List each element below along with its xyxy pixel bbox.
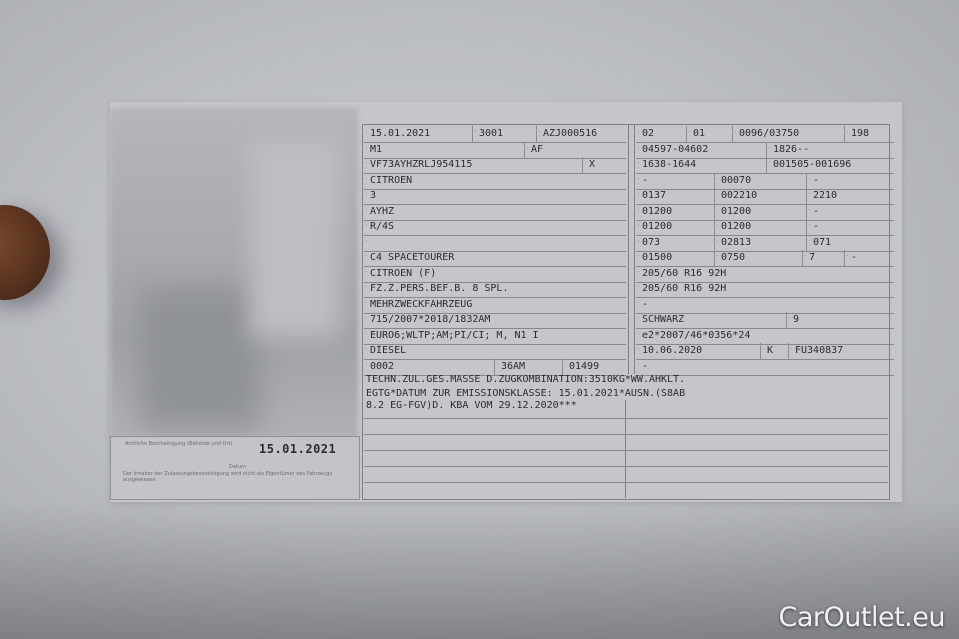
field-value: .AYHZ bbox=[364, 204, 626, 220]
field-value: .10.06.2020 bbox=[636, 343, 760, 359]
field-code: . bbox=[790, 340, 793, 356]
field-code: . bbox=[768, 139, 771, 155]
field-value: .205/60 R16 92H bbox=[636, 266, 894, 282]
field-value: .FU340837 bbox=[788, 343, 894, 359]
table-row: .205/60 R16 92H bbox=[636, 266, 894, 283]
table-row: .1638-1644.001505-001696 bbox=[636, 157, 894, 174]
table-row: .C4 SPACETOURER bbox=[364, 250, 626, 267]
field-value: .SCHWARZ bbox=[636, 312, 786, 328]
table-row: .205/60 R16 92H bbox=[636, 281, 894, 298]
field-code: . bbox=[637, 247, 640, 263]
field-value: .- bbox=[636, 173, 714, 189]
field-value: . bbox=[364, 235, 626, 251]
table-row: .715/2007*2018/1832AM bbox=[364, 312, 626, 329]
field-code: . bbox=[637, 123, 640, 139]
field-value: .0002 bbox=[364, 359, 494, 375]
field-value: .01500 bbox=[636, 250, 714, 266]
table-row: .10.06.2020.K.FU340837 bbox=[636, 343, 894, 360]
field-code: . bbox=[788, 309, 791, 325]
field-value: .01200 bbox=[714, 219, 806, 235]
field-code: . bbox=[637, 294, 640, 310]
field-code: . bbox=[365, 309, 368, 325]
ruled-line bbox=[364, 418, 888, 419]
field-value: .M1 bbox=[364, 142, 524, 158]
table-row: .073.02813.071 bbox=[636, 235, 894, 252]
column-divider bbox=[634, 124, 635, 374]
field-code: . bbox=[365, 170, 368, 186]
field-value: .0096/03750 bbox=[732, 126, 844, 142]
blurred-owner-panel bbox=[110, 108, 358, 438]
field-value: .715/2007*2018/1832AM bbox=[364, 312, 626, 328]
field-code: . bbox=[808, 232, 811, 248]
field-code: . bbox=[846, 123, 849, 139]
table-row: .01200.01200.- bbox=[636, 219, 894, 236]
ruled-line bbox=[364, 450, 888, 451]
field-code: . bbox=[365, 232, 368, 248]
table-row: .AYHZ bbox=[364, 204, 626, 221]
signature-box: Amtliche Bescheinigung (Behörde und Ort)… bbox=[110, 436, 360, 500]
field-code: . bbox=[365, 139, 368, 155]
field-code: . bbox=[804, 247, 807, 263]
field-value: .198 bbox=[844, 126, 894, 142]
field-code: . bbox=[688, 123, 691, 139]
field-value: .- bbox=[636, 359, 894, 375]
field-value: .00070 bbox=[714, 173, 806, 189]
field-value: .15.01.2021 bbox=[364, 126, 472, 142]
field-code: . bbox=[734, 123, 737, 139]
field-value: .VF73AYHZRLJ954115 bbox=[364, 157, 582, 173]
field-code: . bbox=[808, 170, 811, 186]
field-value: .01499 bbox=[562, 359, 626, 375]
remark-line-3: 8.2 EG-FGV)D. KBA VOM 29.12.2020*** bbox=[366, 400, 577, 411]
field-value: .R/4S bbox=[364, 219, 626, 235]
ruled-line bbox=[364, 434, 888, 435]
authority-label: Amtliche Bescheinigung (Behörde und Ort) bbox=[125, 441, 232, 447]
field-value: .K bbox=[760, 343, 788, 359]
remark-line-1: TECHN.ZUL.GES.MASSE D.ZUGKOMBINATION:351… bbox=[366, 374, 685, 385]
field-code: . bbox=[474, 123, 477, 139]
finger bbox=[0, 205, 50, 300]
table-row: . bbox=[364, 235, 626, 252]
field-value: .02 bbox=[636, 126, 686, 142]
field-value: .073 bbox=[636, 235, 714, 251]
field-code: . bbox=[637, 278, 640, 294]
field-value: .3 bbox=[364, 188, 626, 204]
field-value: .C4 SPACETOURER bbox=[364, 250, 626, 266]
field-code: . bbox=[637, 263, 640, 279]
field-code: . bbox=[716, 201, 719, 217]
field-value: .36AM bbox=[494, 359, 562, 375]
field-value: .04597-04602 bbox=[636, 142, 766, 158]
issue-date: 15.01.2021 bbox=[259, 442, 336, 456]
field-code: . bbox=[637, 170, 640, 186]
field-code: . bbox=[564, 356, 567, 372]
table-row: .DIESEL bbox=[364, 343, 626, 360]
field-code: . bbox=[637, 309, 640, 325]
field-code: . bbox=[637, 216, 640, 232]
field-code: . bbox=[365, 201, 368, 217]
field-value: .- bbox=[806, 219, 894, 235]
field-code: . bbox=[538, 123, 541, 139]
table-row: .0137.002210.2210 bbox=[636, 188, 894, 205]
field-value: .CITROEN bbox=[364, 173, 626, 189]
field-value: .EURO6;WLTP;AM;PI/CI; M, N1 I bbox=[364, 328, 626, 344]
field-code: . bbox=[365, 278, 368, 294]
field-code: . bbox=[365, 340, 368, 356]
field-code: . bbox=[716, 185, 719, 201]
column-divider bbox=[625, 400, 626, 498]
field-value: .01200 bbox=[636, 204, 714, 220]
field-value: .CITROEN (F) bbox=[364, 266, 626, 282]
field-code: . bbox=[768, 154, 771, 170]
field-code: . bbox=[637, 340, 640, 356]
watermark: CarOutlet.eu bbox=[779, 602, 945, 633]
field-code: . bbox=[637, 325, 640, 341]
field-code: . bbox=[637, 185, 640, 201]
table-row: .0002.36AM.01499 bbox=[364, 359, 626, 376]
field-value: .0137 bbox=[636, 188, 714, 204]
field-value: .01 bbox=[686, 126, 732, 142]
remark-line-2: EGTG*DATUM ZUR EMISSIONSKLASSE: 15.01.20… bbox=[366, 388, 685, 399]
field-value: .2210 bbox=[806, 188, 894, 204]
field-code: . bbox=[637, 139, 640, 155]
field-code: . bbox=[846, 247, 849, 263]
field-value: .- bbox=[806, 204, 894, 220]
ruled-line bbox=[364, 482, 888, 483]
field-value: .X bbox=[582, 157, 626, 173]
table-row: .01200.01200.- bbox=[636, 204, 894, 221]
table-row: .CITROEN bbox=[364, 173, 626, 190]
field-code: . bbox=[365, 356, 368, 372]
column-divider bbox=[628, 124, 629, 374]
field-code: . bbox=[365, 154, 368, 170]
field-value: .205/60 R16 92H bbox=[636, 281, 894, 297]
field-code: . bbox=[526, 139, 529, 155]
table-row: .VF73AYHZRLJ954115.X bbox=[364, 157, 626, 174]
field-code: . bbox=[716, 232, 719, 248]
table-row: .04597-04602.1826-- bbox=[636, 142, 894, 159]
table-row: .R/4S bbox=[364, 219, 626, 236]
field-code: . bbox=[365, 263, 368, 279]
table-row: .-.00070.- bbox=[636, 173, 894, 190]
table-row: .MEHRZWECKFAHRZEUG bbox=[364, 297, 626, 314]
field-code: . bbox=[716, 216, 719, 232]
field-code: . bbox=[637, 356, 640, 372]
field-value: .AZJ000516 bbox=[536, 126, 624, 142]
field-value: .- bbox=[636, 297, 894, 313]
field-value: .071 bbox=[806, 235, 894, 251]
field-value: .01200 bbox=[714, 204, 806, 220]
field-value: .- bbox=[806, 173, 894, 189]
field-code: . bbox=[496, 356, 499, 372]
table-row: .SCHWARZ.9 bbox=[636, 312, 894, 329]
table-row: .EURO6;WLTP;AM;PI/CI; M, N1 I bbox=[364, 328, 626, 345]
field-value: .MEHRZWECKFAHRZEUG bbox=[364, 297, 626, 313]
table-row: .CITROEN (F) bbox=[364, 266, 626, 283]
field-value: .0750 bbox=[714, 250, 802, 266]
ruled-line bbox=[364, 466, 888, 467]
field-code: . bbox=[637, 232, 640, 248]
table-row: .3 bbox=[364, 188, 626, 205]
field-value: .- bbox=[844, 250, 894, 266]
field-code: . bbox=[637, 201, 640, 217]
field-code: . bbox=[637, 154, 640, 170]
owner-note: Der Inhaber der Zulassungsbescheinigung … bbox=[123, 471, 343, 483]
field-code: . bbox=[365, 325, 368, 341]
field-value: .1638-1644 bbox=[636, 157, 766, 173]
field-code: . bbox=[584, 154, 587, 170]
field-code: . bbox=[808, 216, 811, 232]
field-value: .001505-001696 bbox=[766, 157, 894, 173]
table-row: .02.01.0096/03750.198 bbox=[636, 126, 894, 143]
table-row: .- bbox=[636, 297, 894, 314]
field-code: . bbox=[365, 247, 368, 263]
field-code: . bbox=[762, 340, 765, 356]
field-value: .002210 bbox=[714, 188, 806, 204]
field-value: .FZ.Z.PERS.BEF.B. 8 SPL. bbox=[364, 281, 626, 297]
field-code: . bbox=[365, 185, 368, 201]
field-code: . bbox=[808, 185, 811, 201]
field-value: .9 bbox=[786, 312, 894, 328]
field-value: .1826-- bbox=[766, 142, 894, 158]
table-row: .- bbox=[636, 359, 894, 376]
field-code: . bbox=[365, 123, 368, 139]
table-row: .FZ.Z.PERS.BEF.B. 8 SPL. bbox=[364, 281, 626, 298]
field-value: .02813 bbox=[714, 235, 806, 251]
field-value: .01200 bbox=[636, 219, 714, 235]
field-value: .7 bbox=[802, 250, 844, 266]
field-code: . bbox=[716, 247, 719, 263]
field-code: . bbox=[365, 294, 368, 310]
field-value: .DIESEL bbox=[364, 343, 626, 359]
table-row: .15.01.2021.3001.AZJ000516 bbox=[364, 126, 626, 143]
table-row: .01500.0750.7.- bbox=[636, 250, 894, 267]
field-code: . bbox=[716, 170, 719, 186]
field-code: . bbox=[808, 201, 811, 217]
field-value: .AF bbox=[524, 142, 624, 158]
field-code: . bbox=[365, 216, 368, 232]
date-label: Datum bbox=[229, 464, 246, 470]
